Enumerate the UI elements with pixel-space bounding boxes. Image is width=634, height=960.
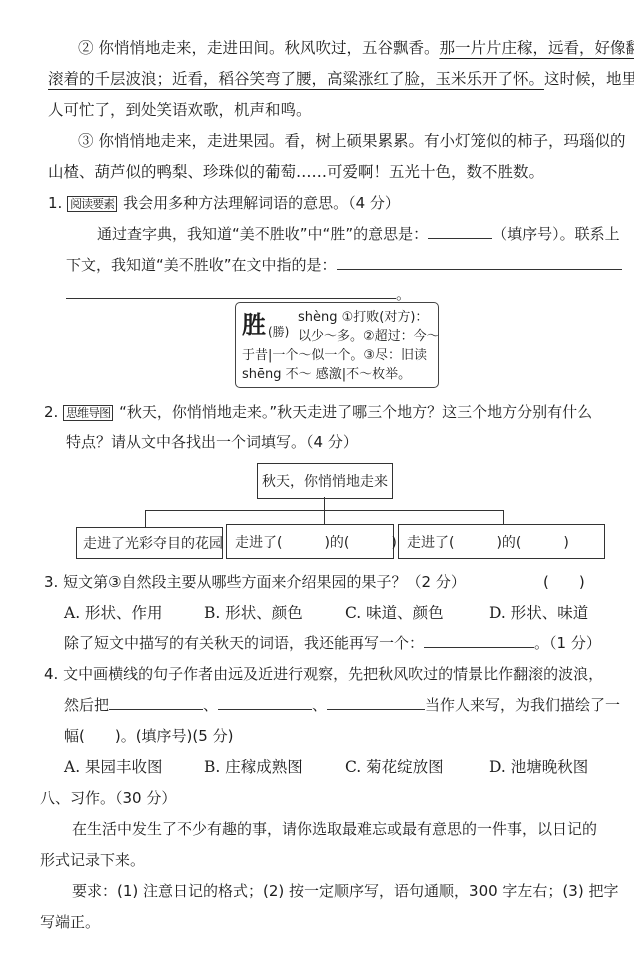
- q3-extra-blank[interactable]: [424, 633, 534, 648]
- dictionary-row-3: 于昔|一个～似一个。③尽：旧读: [242, 346, 427, 365]
- mindmap-child-3[interactable]: 走进了( )的( ): [398, 524, 605, 559]
- q1-answer-blank-3[interactable]: [66, 284, 396, 299]
- mindmap-child-2[interactable]: 走进了( )的( ): [226, 524, 394, 559]
- dictionary-row-4: shēng 不～ 感激|不～枚举。: [242, 365, 411, 384]
- section8-line2: 形式记录下来。: [40, 850, 145, 870]
- passage-p2-line2: 滚着的千层波浪；近看，稻谷笑弯了腰，高粱涨红了脸，玉米乐开了怀。这时候，地里的: [48, 69, 634, 89]
- q4-line3: 幅( )。(填序号)(5 分): [64, 726, 233, 746]
- mindmap-root: 秋天，你悄悄地走来: [257, 463, 393, 499]
- q3-answer-paren[interactable]: ( ): [543, 572, 585, 592]
- q2-line2: 特点？请从文中各找出一个词填写。（4 分）: [66, 432, 358, 452]
- underlined-sentence: 滚着的千层波浪；近看，稻谷笑弯了腰，高粱涨红了脸，玉米乐开了怀。: [48, 70, 544, 88]
- dictionary-entry-box: 胜 (勝) shèng ①打败(对方)： 以少～多。②超过：今～ 于昔|一个～似…: [235, 302, 439, 388]
- q1-line2: 下文，我知道“美不胜收”在文中指的是：: [66, 255, 622, 275]
- q4-blank-3[interactable]: [327, 695, 425, 710]
- q4-blank-2[interactable]: [218, 695, 312, 710]
- q1-line3: 。: [66, 284, 411, 304]
- q4-option-c[interactable]: C. 菊花绽放图: [345, 757, 444, 777]
- dictionary-char: 胜: [242, 315, 266, 334]
- q4-option-b[interactable]: B. 庄稼成熟图: [204, 757, 303, 777]
- q1-line1: 通过查字典，我知道“美不胜收”中“胜”的意思是：（填序号）。联系上: [97, 224, 620, 244]
- q3-option-c[interactable]: C. 味道、颜色: [345, 603, 444, 623]
- section8-line3: 要求：(1) 注意日记的格式；(2) 按一定顺序写，语句通顺，300 字左右；(…: [72, 881, 618, 901]
- section8-heading: 八、习作。（30 分）: [40, 788, 176, 808]
- q4-blank-1[interactable]: [109, 695, 203, 710]
- paragraph-number: ③: [78, 132, 94, 150]
- q1-badge: 阅读要素: [67, 196, 117, 212]
- passage-p2-line1: ② 你悄悄地走来，走进田间。秋风吹过，五谷飘香。那一片片庄稼，远看，好像翻: [78, 38, 634, 58]
- q4-line1: 4. 文中画横线的句子作者由远及近进行观察，先把秋风吹过的情景比作翻滚的波浪，: [44, 664, 603, 684]
- underlined-sentence: 那一片片庄稼，远看，好像翻: [439, 39, 634, 57]
- q3-extra: 除了短文中描写的有关秋天的词语，我还能再写一个：。（1 分）: [64, 633, 601, 653]
- paragraph-number: ②: [78, 39, 94, 57]
- dictionary-row-1: shèng ①打败(对方)：: [298, 308, 428, 327]
- q1-answer-blank-2[interactable]: [337, 255, 622, 270]
- section8-line1: 在生活中发生了不少有趣的事，请你选取最难忘或最有意思的一件事，以日记的: [72, 819, 597, 839]
- section8-line4: 写端正。: [40, 912, 100, 932]
- mindmap-connector: [145, 510, 146, 528]
- dictionary-traditional: (勝): [268, 323, 289, 342]
- q4-option-d[interactable]: D. 池塘晚秋图: [489, 757, 588, 777]
- dictionary-row-2: 以少～多。②超过：今～: [298, 327, 440, 346]
- q1-title: 1. 阅读要素我会用多种方法理解词语的意思。（4 分）: [48, 193, 400, 213]
- q3-option-a[interactable]: A. 形状、作用: [64, 603, 163, 623]
- q1-answer-blank-1[interactable]: [428, 224, 492, 239]
- q3-option-b[interactable]: B. 形状、颜色: [204, 603, 303, 623]
- q4-line2: 然后把、、当作人来写，为我们描绘了一: [64, 695, 620, 715]
- q3-question: 3. 短文第③自然段主要从哪些方面来介绍果园的果子？（2 分）: [44, 572, 466, 592]
- mindmap-connector: [145, 510, 503, 511]
- passage-p2-line3: 人可忙了，到处笑语欢歌，机声和鸣。: [48, 100, 312, 120]
- q2-badge: 思维导图: [63, 405, 113, 421]
- q4-option-a[interactable]: A. 果园丰收图: [64, 757, 163, 777]
- passage-p3-line2: 山楂、葫芦似的鸭梨、珍珠似的葡萄……可爱啊！五光十色，数不胜数。: [48, 162, 544, 182]
- q2-line1: 2. 思维导图“秋天，你悄悄地走来。”秋天走进了哪三个地方？这三个地方分别有什么: [44, 402, 592, 422]
- q3-option-d[interactable]: D. 形状、味道: [489, 603, 588, 623]
- passage-p3-line1: ③ 你悄悄地走来，走进果园。看，树上硕果累累。有小灯笼似的柿子，玛瑙似的: [78, 131, 625, 151]
- mindmap-child-1: 走进了光彩夺目的花园: [76, 527, 223, 559]
